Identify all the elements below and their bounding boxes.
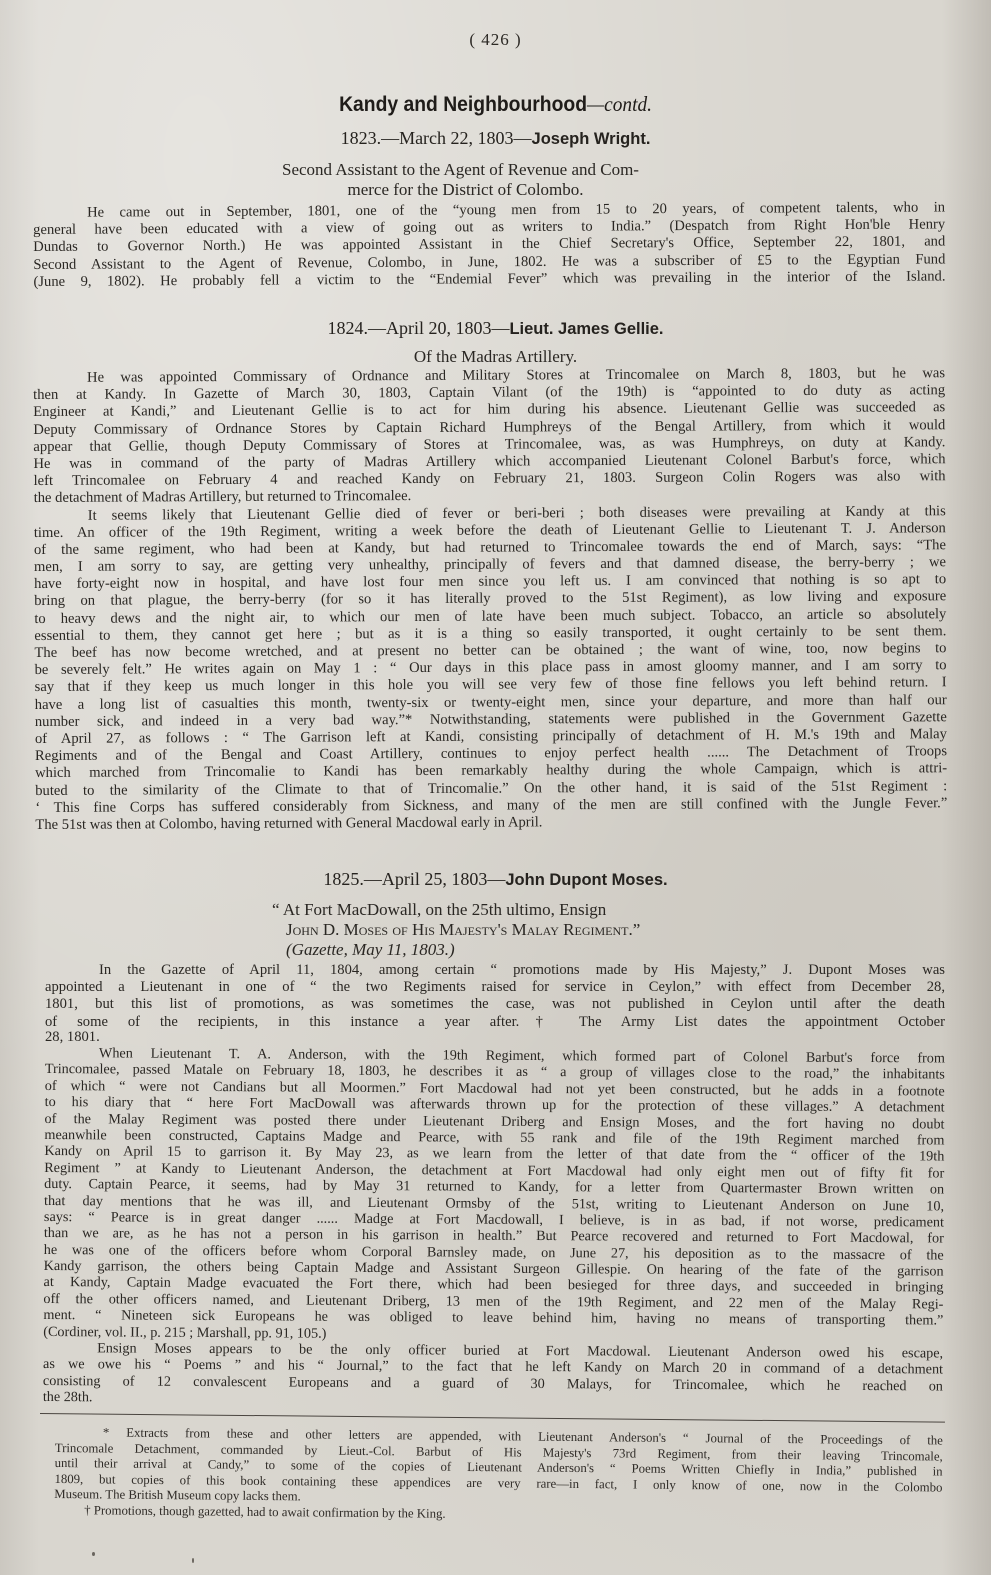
text-line: The 51st was then at Colombo, having ret… (35, 812, 947, 834)
entry-heading-date: 1825.—April 25, 1803— (323, 869, 505, 889)
entry-heading-1824: 1824.—April 20, 1803—Lieut. James Gellie… (0, 318, 991, 339)
entry-heading-1825: 1825.—April 25, 1803—John Dupont Moses. (0, 869, 991, 890)
page-title-suffix: —contd. (587, 92, 652, 116)
subtitle-line: merce for the District of Colombo. (0, 180, 956, 200)
text-line: 1801, but this list of promotions, as wa… (45, 996, 945, 1013)
quote-line: John D. Moses of His Majesty's Malay Reg… (272, 920, 712, 940)
quote-citation: (Gazette, May 11, 1803.) (272, 940, 712, 960)
entry-paragraph-1824: He was appointed Commissary of Ordnance … (33, 365, 947, 834)
paper-speck (92, 1552, 95, 1556)
entry-heading-1823: 1823.—March 22, 1803—Joseph Wright. (0, 128, 991, 149)
entry-heading-date: 1824.—April 20, 1803— (327, 318, 509, 338)
entry-subtitle-1824: Of the Madras Artillery. (0, 347, 991, 367)
gazette-quote: “ At Fort MacDowall, on the 25th ultimo,… (272, 900, 712, 960)
entry-paragraph-1825: In the Gazette of April 11, 1804, among … (45, 962, 945, 1046)
text-line: In the Gazette of April 11, 1804, among … (45, 962, 945, 979)
quote-line: “ At Fort MacDowall, on the 25th ultimo,… (272, 900, 712, 920)
subtitle-line: Of the Madras Artillery. (0, 347, 991, 367)
text-line: appointed a Lieutenant in one of “ the t… (45, 979, 945, 996)
entry-subtitle-1823: Second Assistant to the Agent of Revenue… (0, 160, 956, 200)
text-line: of some of the recipients, in this insta… (45, 1014, 945, 1031)
document-page: ( 426 ) Kandy and Neighbourhood—contd. 1… (0, 0, 991, 1575)
page-title: Kandy and Neighbourhood—contd. (40, 92, 952, 117)
page-title-text: Kandy and Neighbourhood (339, 93, 587, 116)
text-line: 28, 1801. (45, 1031, 945, 1046)
paper-speck (192, 1558, 194, 1563)
entry-paragraph-1825-b: When Lieutenant T. A. Anderson, with the… (43, 1045, 945, 1411)
page-number: ( 426 ) (0, 30, 991, 50)
entry-heading-name: John Dupont Moses. (505, 871, 667, 889)
footnotes: * Extracts from these and other letters … (54, 1425, 943, 1527)
entry-heading-name: Lieut. James Gellie. (509, 320, 663, 338)
entry-heading-date: 1823.—March 22, 1803— (341, 128, 532, 148)
footnote-divider (40, 1413, 945, 1423)
entry-paragraph-1823: He came out in September, 1801, one of t… (33, 199, 946, 291)
subtitle-line: Second Assistant to the Agent of Revenue… (0, 160, 956, 180)
entry-heading-name: Joseph Wright. (532, 130, 651, 148)
